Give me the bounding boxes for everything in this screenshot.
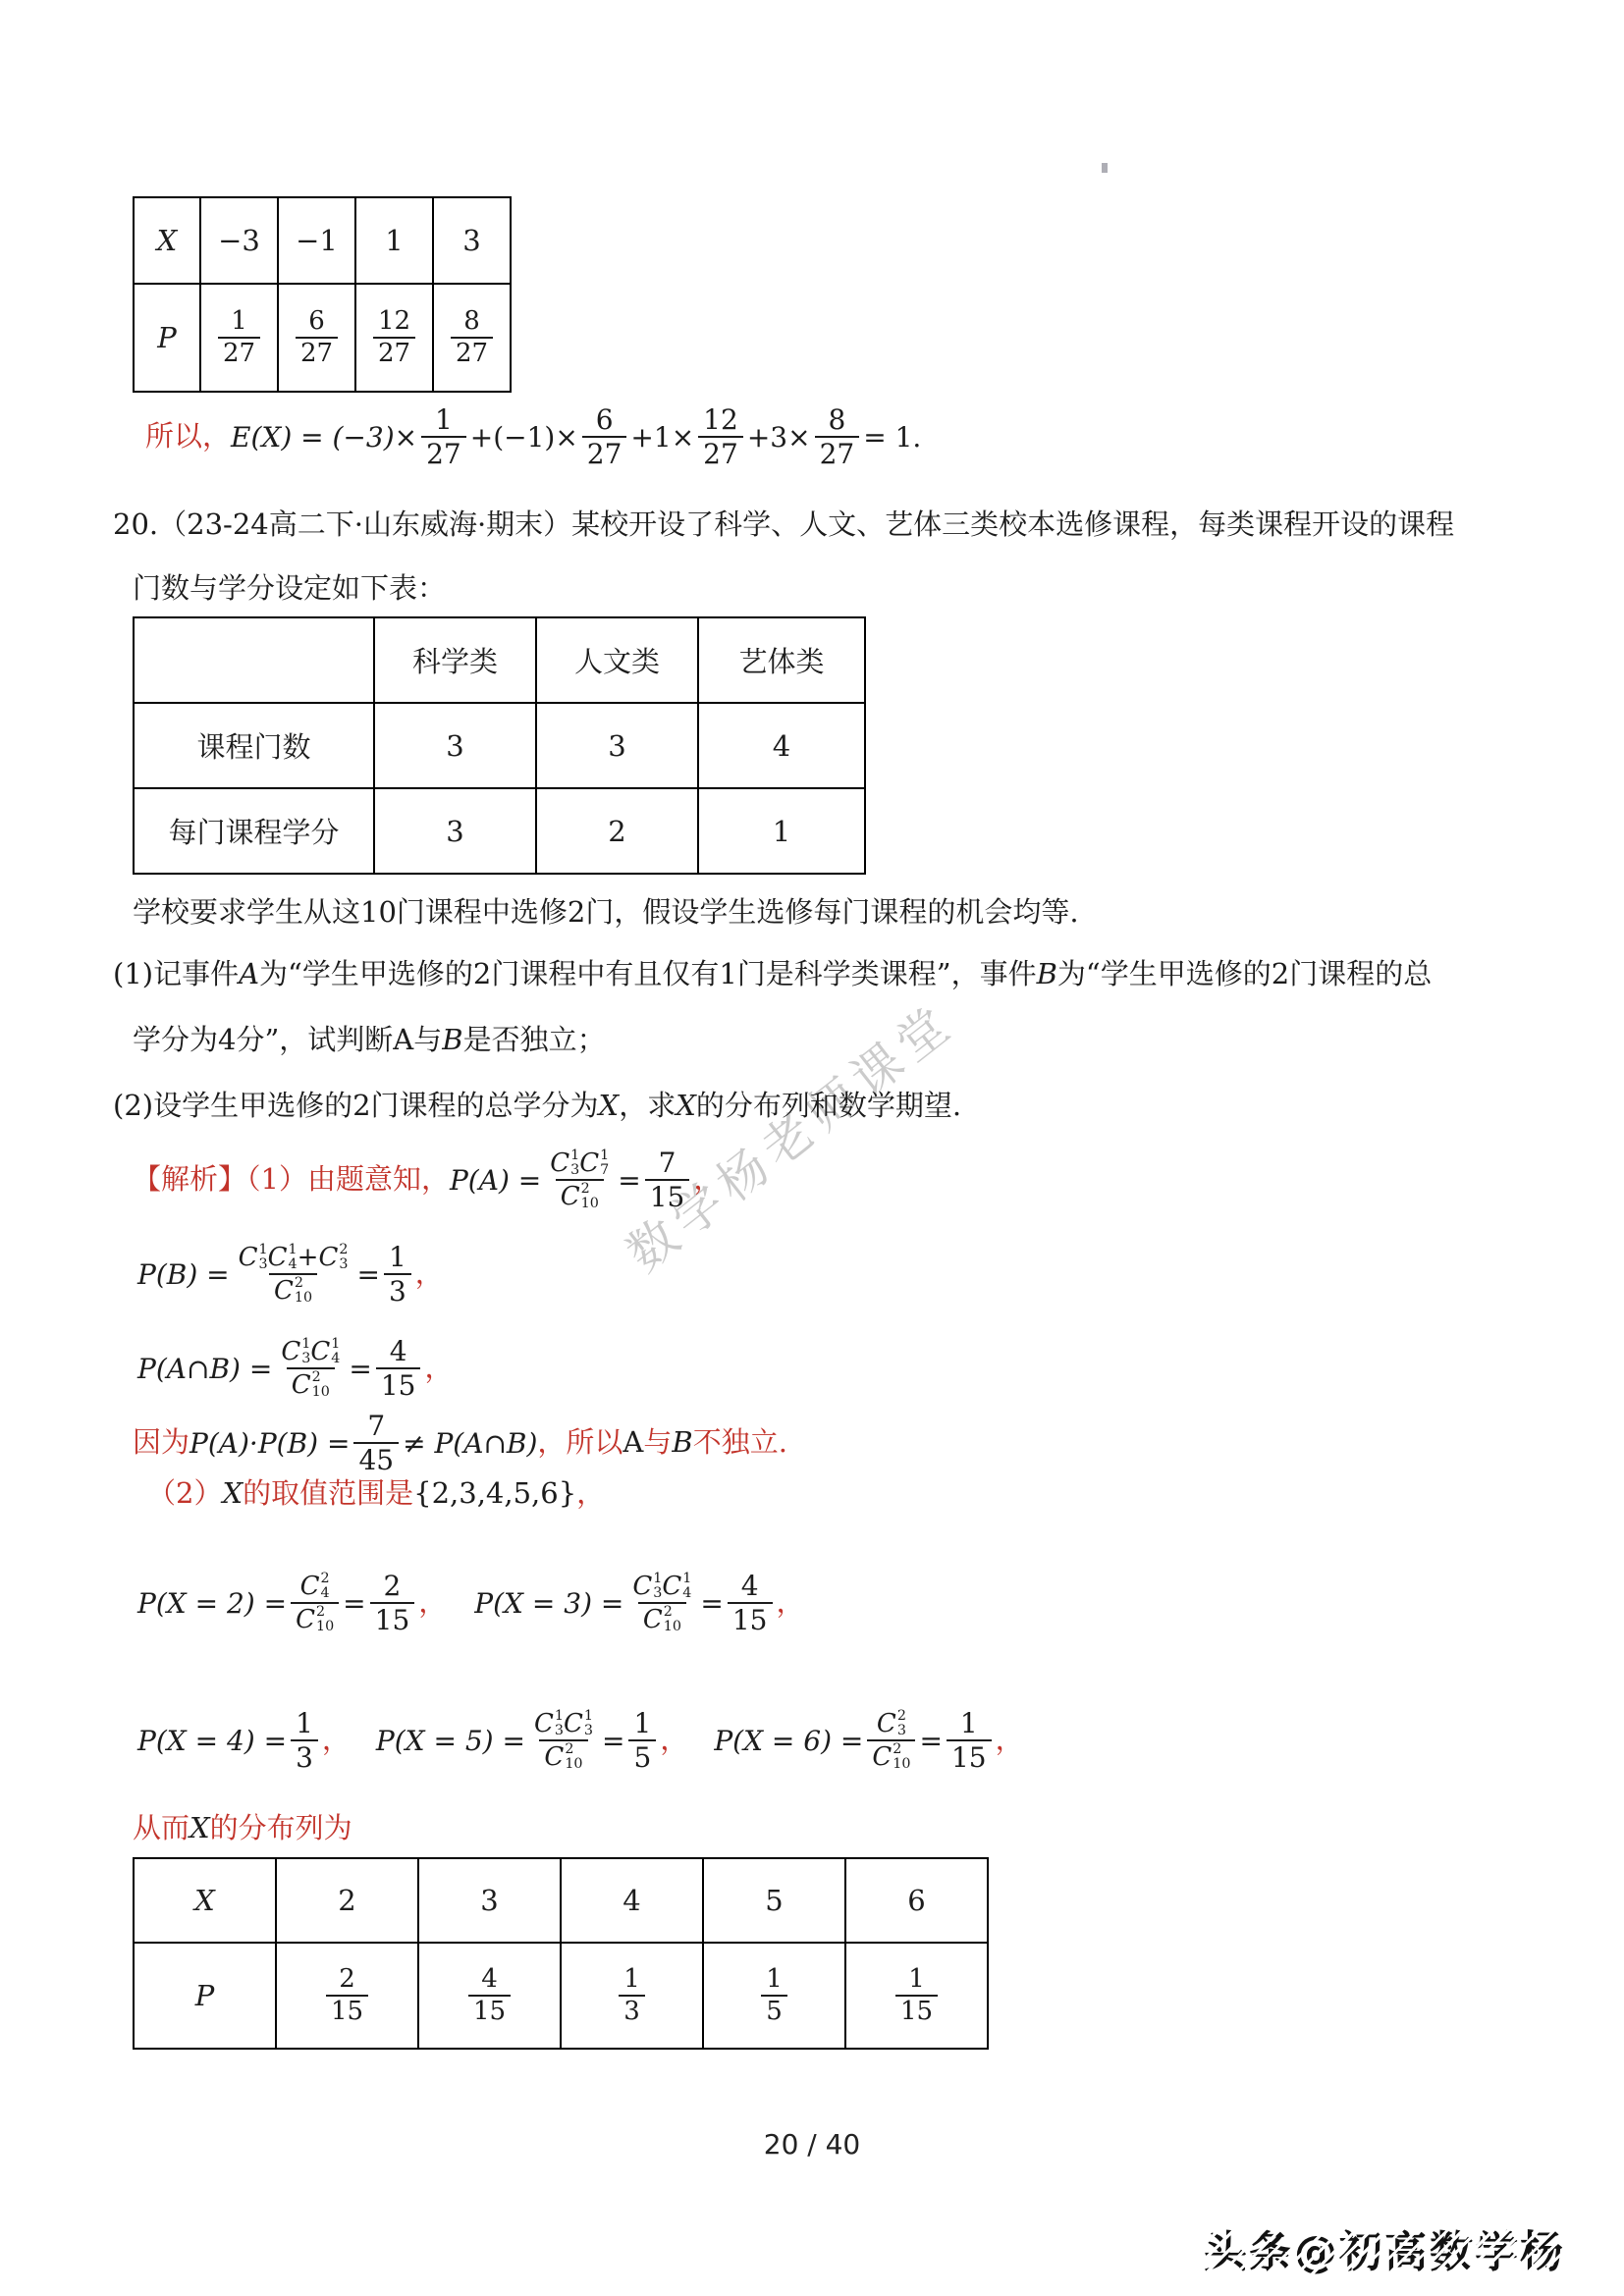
table-cell-corner — [134, 617, 374, 703]
table-cell-p-label: P — [134, 284, 200, 392]
comma: ， — [996, 1721, 1024, 1759]
fraction-denominator: 15 — [895, 1995, 938, 2027]
fraction-denominator: C210 — [556, 1179, 604, 1212]
formula-text: +1× — [630, 421, 694, 454]
table-cell: 1 — [355, 197, 433, 284]
part-label: （2） — [147, 1474, 222, 1513]
fraction-numerator: 7 — [654, 1147, 681, 1179]
fraction-denominator: 27 — [698, 436, 743, 470]
comb-sup: 1 — [653, 1572, 662, 1586]
conclusion-label: 所以， — [145, 417, 231, 455]
comma: ， — [576, 1474, 605, 1513]
formula-lhs: P(B) = — [137, 1258, 230, 1291]
formula-pab: P(A∩B) = C13C14 C210 = 415 ， — [137, 1319, 453, 1417]
formula-lhs: P(X = 5) = — [376, 1725, 525, 1757]
comb-sup: 2 — [316, 1605, 325, 1620]
text-run: 的分布列和数学期望. — [696, 1087, 961, 1125]
comma: ， — [660, 1721, 688, 1759]
formula-text: ≠ P(A∩B) — [403, 1427, 537, 1460]
fraction-numerator: 1 — [430, 403, 458, 436]
course-table: 科学类 人文类 艺体类 课程门数 3 3 4 每门课程学分 3 2 1 — [133, 616, 866, 875]
comb-sub: 4 — [289, 1257, 298, 1272]
fraction-denominator: 27 — [218, 337, 260, 369]
formula-pb: P(B) = C13C14+C23 C210 = 13 ， — [137, 1225, 444, 1323]
text-run: 的取值范围是 — [243, 1474, 413, 1513]
fraction-denominator: 3 — [619, 1995, 645, 2027]
table-row: 每门课程学分 3 2 1 — [134, 788, 865, 874]
comb-sup: 1 — [682, 1572, 691, 1586]
comma: ， — [424, 1349, 453, 1387]
comb-sup: 1 — [289, 1243, 298, 1257]
range-line: （2） X 的取值范围是 {2,3,4,5,6} ， — [147, 1474, 605, 1513]
fraction-numerator: 2 — [379, 1570, 406, 1602]
var-B: B — [442, 1021, 462, 1059]
comb-sub: 10 — [312, 1385, 330, 1400]
table-cell: 6 — [845, 1858, 988, 1943]
equals: = — [700, 1587, 723, 1620]
table-cell-rowlabel: 每门课程学分 — [134, 788, 374, 874]
fraction-numerator: 7 — [362, 1410, 390, 1442]
var-B: B — [672, 1423, 692, 1462]
document-page: 数学杨老师课堂 X −3 −1 1 3 P 127 627 1227 827 所… — [0, 0, 1624, 2296]
fraction-numerator: 1 — [384, 1241, 411, 1273]
fraction-numerator: 6 — [303, 306, 330, 337]
formula-lhs: P(X = 4) = — [137, 1725, 287, 1757]
equals: = — [919, 1725, 942, 1757]
formula-text: P(A)·P(B) = — [189, 1427, 350, 1460]
comb-sup: 2 — [321, 1572, 330, 1586]
var-X: X — [676, 1087, 696, 1125]
distribution-table-prev: X −3 −1 1 3 P 127 627 1227 827 — [133, 196, 512, 393]
fraction-denominator: 27 — [582, 436, 627, 470]
formula-text: E(X) = (−3)× — [231, 421, 417, 454]
fraction-numerator: 1 — [628, 1707, 656, 1739]
table-cell: 2 — [276, 1858, 418, 1943]
comb-C: C — [239, 1245, 258, 1270]
comb-C: C — [296, 1607, 315, 1632]
formula-text: +(−1)× — [470, 421, 578, 454]
comb-sub: 4 — [321, 1586, 330, 1601]
table-cell: 627 — [278, 284, 355, 392]
independence-conclusion: 因为 P(A)·P(B) = 745 ≠ P(A∩B) ，所以 A 与 B 不独… — [133, 1404, 787, 1482]
text-run: ，求 — [619, 1087, 676, 1125]
comb-sub: 3 — [339, 1257, 348, 1272]
comb-C: C — [318, 1245, 338, 1270]
formula-lhs: P(A∩B) = — [137, 1353, 272, 1385]
comb-sub: 3 — [584, 1724, 593, 1738]
var-X: X — [189, 1809, 210, 1847]
comb-sup: 1 — [301, 1337, 310, 1352]
formula-lhs: P(X = 6) = — [714, 1725, 863, 1757]
fraction-numerator: 4 — [476, 1964, 503, 1995]
comb-C: C — [877, 1711, 896, 1736]
comb-sub: 10 — [581, 1197, 599, 1211]
formula-lhs: P(X = 3) = — [474, 1587, 623, 1620]
comb-sub: 10 — [893, 1757, 910, 1772]
text-run: 学分为4分”，试判断 — [133, 1021, 393, 1059]
comb-sup: 2 — [897, 1709, 906, 1724]
comb-sub: 7 — [600, 1163, 609, 1178]
fraction-denominator: 15 — [645, 1179, 690, 1213]
fraction-denominator: 15 — [728, 1602, 773, 1636]
page-number: 20 / 40 — [0, 2128, 1624, 2161]
comb-sup: 2 — [664, 1605, 673, 1620]
table-cell-p-label: P — [134, 1943, 276, 2049]
comb-sup: 2 — [339, 1243, 348, 1257]
table-cell-x-label: X — [134, 1858, 276, 1943]
fraction-numerator: 1 — [903, 1964, 930, 1995]
comb-sub: 10 — [316, 1620, 334, 1634]
comb-sub: 10 — [295, 1291, 312, 1306]
table-cell: 1 — [698, 788, 865, 874]
table-cell: −3 — [200, 197, 278, 284]
var-X: X — [599, 1087, 620, 1125]
equals: = — [602, 1725, 624, 1757]
text-run: (1)记事件 — [113, 955, 239, 993]
fraction-denominator: C210 — [291, 1602, 339, 1635]
fraction-denominator: 27 — [373, 337, 415, 369]
table-cell: 827 — [433, 284, 511, 392]
table-cell: 5 — [703, 1858, 845, 1943]
fraction-denominator: 45 — [353, 1442, 399, 1476]
text-run: 为“学生甲选修的2门课程中有且仅有1门是科学类课程”，事件 — [259, 955, 1037, 993]
comb-sup: 1 — [555, 1709, 564, 1724]
comb-sup: 2 — [295, 1276, 303, 1291]
comb-sub: 3 — [570, 1163, 579, 1178]
fraction-numerator: 1 — [761, 1964, 787, 1995]
comma: ， — [418, 1583, 447, 1622]
equals: = — [618, 1164, 640, 1197]
comb-sub: 3 — [259, 1257, 268, 1272]
table-row: P 215 415 13 15 115 — [134, 1943, 988, 2049]
table-cell: 15 — [703, 1943, 845, 2049]
comb-sub: 3 — [555, 1724, 564, 1738]
table-cell: 3 — [374, 788, 536, 874]
fraction-numerator: 1 — [955, 1707, 983, 1739]
comma: ， — [777, 1583, 805, 1622]
table-cell-x-label: X — [134, 197, 200, 284]
table-cell-header: 艺体类 — [698, 617, 865, 703]
comb-C: C — [643, 1607, 663, 1632]
comma: ， — [693, 1160, 722, 1199]
table-cell: 127 — [200, 284, 278, 392]
table-cell: 1227 — [355, 284, 433, 392]
fraction-denominator: C210 — [867, 1739, 915, 1773]
equals: = — [349, 1353, 371, 1385]
formula-lhs: P(A) = — [450, 1164, 541, 1197]
distribution-table: X 2 3 4 5 6 P 215 415 13 15 115 — [133, 1857, 989, 2050]
table-row: P 127 627 1227 827 — [134, 284, 511, 392]
fraction-denominator: 15 — [326, 1995, 368, 2027]
formula-px4-px5-px6: P(X = 4) = 13 ， P(X = 5) = C13C13 C210 =… — [137, 1686, 1024, 1794]
var-A: A — [623, 1423, 643, 1462]
fraction-numerator: C13C14 — [627, 1571, 696, 1602]
fraction-numerator: 12 — [698, 403, 743, 436]
comb-C: C — [550, 1150, 569, 1176]
text-run: 不独立. — [693, 1423, 787, 1462]
footer-stamp-text: 头条@初高数学杨 — [1204, 2216, 1616, 2277]
table-cell: 115 — [845, 1943, 988, 2049]
formula-lhs: P(X = 2) = — [137, 1587, 287, 1620]
text-run: (2)设学生甲选修的2门课程的总学分为 — [113, 1087, 599, 1125]
text-run: 与 — [413, 1021, 442, 1059]
fraction-denominator: 3 — [384, 1273, 411, 1308]
fraction-denominator: 27 — [815, 436, 860, 470]
table-row: X 2 3 4 5 6 — [134, 1858, 988, 1943]
because-label: 因为 — [133, 1423, 189, 1462]
problem-line-2: 门数与学分设定如下表： — [133, 569, 446, 608]
comb-sub: 3 — [301, 1352, 310, 1366]
comb-sub: 10 — [664, 1620, 681, 1634]
fraction-numerator: C13C17 — [545, 1148, 614, 1179]
footer-stamp: 头条@初高数学杨 — [1204, 2216, 1616, 2277]
analysis-label: 【解析】（1）由题意知， — [133, 1160, 450, 1199]
formula-px2-px3: P(X = 2) = C24 C210 = 215 ， P(X = 3) = C… — [137, 1549, 805, 1657]
comb-sup: 2 — [565, 1742, 573, 1757]
comb-C: C — [534, 1711, 554, 1736]
var-A: A — [393, 1021, 413, 1059]
comb-sub: 3 — [897, 1724, 906, 1738]
equals: = — [343, 1587, 365, 1620]
table-cell: 415 — [418, 1943, 561, 2049]
table-cell: 4 — [561, 1858, 703, 1943]
value-set: {2,3,4,5,6} — [413, 1474, 576, 1513]
table-cell: 3 — [418, 1858, 561, 1943]
comb-C: C — [281, 1339, 300, 1364]
comb-C: C — [662, 1574, 681, 1599]
fraction-numerator: 2 — [334, 1964, 360, 1995]
comb-C: C — [310, 1339, 330, 1364]
comb-sup: 1 — [600, 1148, 609, 1163]
fraction-denominator: 15 — [947, 1739, 992, 1774]
equals: = — [356, 1258, 379, 1291]
fraction-numerator: C13C14 — [276, 1336, 345, 1367]
fraction-numerator: 4 — [736, 1570, 764, 1602]
comb-sub: 4 — [331, 1352, 340, 1366]
table-row: X −3 −1 1 3 — [134, 197, 511, 284]
table-cell: −1 — [278, 197, 355, 284]
fraction-numerator: 12 — [373, 306, 415, 337]
comb-sup: 1 — [331, 1337, 340, 1352]
problem-line-6: (2)设学生甲选修的2门课程的总学分为X，求X的分布列和数学期望. — [113, 1087, 961, 1125]
formula-text: = 1. — [863, 421, 921, 454]
fraction-denominator: 3 — [291, 1739, 318, 1774]
fraction-denominator: 27 — [421, 436, 466, 470]
fraction-numerator: C23 — [872, 1708, 911, 1739]
comma: ， — [415, 1255, 444, 1293]
fraction-numerator: 1 — [226, 306, 252, 337]
fraction-denominator: 5 — [761, 1995, 787, 2027]
comb-C: C — [544, 1744, 564, 1770]
fraction-denominator: 27 — [451, 337, 493, 369]
comb-sup: 1 — [584, 1709, 593, 1724]
table-cell: 3 — [536, 703, 698, 788]
table-row: 课程门数 3 3 4 — [134, 703, 865, 788]
table-cell: 3 — [433, 197, 511, 284]
table-cell: 2 — [536, 788, 698, 874]
comb-sup: 2 — [581, 1182, 590, 1197]
fraction-numerator: C13C14+C23 — [234, 1242, 353, 1273]
comb-C: C — [274, 1278, 294, 1304]
fraction-numerator: 8 — [459, 306, 485, 337]
scan-speck — [1102, 163, 1108, 173]
fraction-denominator: 15 — [370, 1602, 415, 1636]
fraction-denominator: 27 — [296, 337, 338, 369]
comma: ， — [322, 1721, 351, 1759]
fraction-denominator: C210 — [269, 1273, 317, 1307]
comb-sub: 3 — [653, 1586, 662, 1601]
table-cell: 3 — [374, 703, 536, 788]
fraction-numerator: 4 — [385, 1335, 412, 1367]
fraction-numerator: 6 — [591, 403, 619, 436]
comb-C: C — [300, 1574, 320, 1599]
fraction-numerator: 1 — [619, 1964, 645, 1995]
plus-sign: + — [298, 1243, 319, 1272]
fraction-numerator: 1 — [291, 1707, 318, 1739]
comb-C: C — [564, 1711, 583, 1736]
text-run: ，所以 — [537, 1423, 623, 1462]
fraction-numerator: C24 — [296, 1571, 335, 1602]
fraction-denominator: C210 — [287, 1367, 335, 1401]
problem-line-4: (1)记事件A为“学生甲选修的2门课程中有且仅有1门是科学类课程”，事件B为“学… — [113, 955, 1432, 993]
comb-C: C — [579, 1150, 599, 1176]
expectation-formula: 所以， E(X) = (−3)× 127 +(−1)× 627 +1× 1227… — [145, 400, 921, 473]
problem-line-1: 20.（23-24高二下·山东威海·期末）某校开设了科学、人文、艺体三类校本选修… — [113, 506, 1454, 544]
comb-C: C — [268, 1245, 288, 1270]
fraction-denominator: C210 — [638, 1602, 686, 1635]
table-row: 科学类 人文类 艺体类 — [134, 617, 865, 703]
comb-C: C — [632, 1574, 652, 1599]
comb-sub: 4 — [682, 1586, 691, 1601]
comb-sup: 1 — [259, 1243, 268, 1257]
comb-C: C — [561, 1184, 580, 1209]
table-cell: 13 — [561, 1943, 703, 2049]
text-run: 与 — [643, 1423, 672, 1462]
fraction-denominator: 15 — [468, 1995, 511, 2027]
comb-sup: 1 — [570, 1148, 579, 1163]
table-cell-header: 人文类 — [536, 617, 698, 703]
var-X: X — [222, 1474, 243, 1513]
table-cell: 215 — [276, 1943, 418, 2049]
table-cell-rowlabel: 课程门数 — [134, 703, 374, 788]
var-B: B — [1037, 955, 1057, 993]
table-cell: 4 — [698, 703, 865, 788]
distribution-intro: 从而 X 的分布列为 — [133, 1809, 352, 1847]
text-run: 的分布列为 — [210, 1809, 352, 1847]
comb-sup: 2 — [312, 1370, 321, 1385]
fraction-numerator: C13C13 — [529, 1708, 598, 1739]
fraction-denominator: 15 — [376, 1367, 421, 1402]
table-cell-header: 科学类 — [374, 617, 536, 703]
comb-C: C — [872, 1744, 892, 1770]
fraction-numerator: 8 — [823, 403, 850, 436]
comb-C: C — [292, 1372, 311, 1398]
fraction-denominator: 5 — [628, 1739, 656, 1774]
fraction-denominator: C210 — [539, 1739, 587, 1773]
text-run: 为“学生甲选修的2门课程的总 — [1057, 955, 1432, 993]
problem-line-5: 学分为4分”，试判断A与B是否独立； — [133, 1021, 606, 1059]
comb-sup: 2 — [893, 1742, 901, 1757]
var-A: A — [239, 955, 259, 993]
text-run: 从而 — [133, 1809, 189, 1847]
formula-text: +3× — [747, 421, 811, 454]
formula-pa: 【解析】（1）由题意知， P(A) = C13C17 C210 = 715 ， — [133, 1131, 722, 1229]
text-run: 是否独立； — [463, 1021, 606, 1059]
problem-line-3: 学校要求学生从这10门课程中选修2门，假设学生选修每门课程的机会均等. — [133, 893, 1079, 932]
comb-sub: 10 — [565, 1757, 582, 1772]
